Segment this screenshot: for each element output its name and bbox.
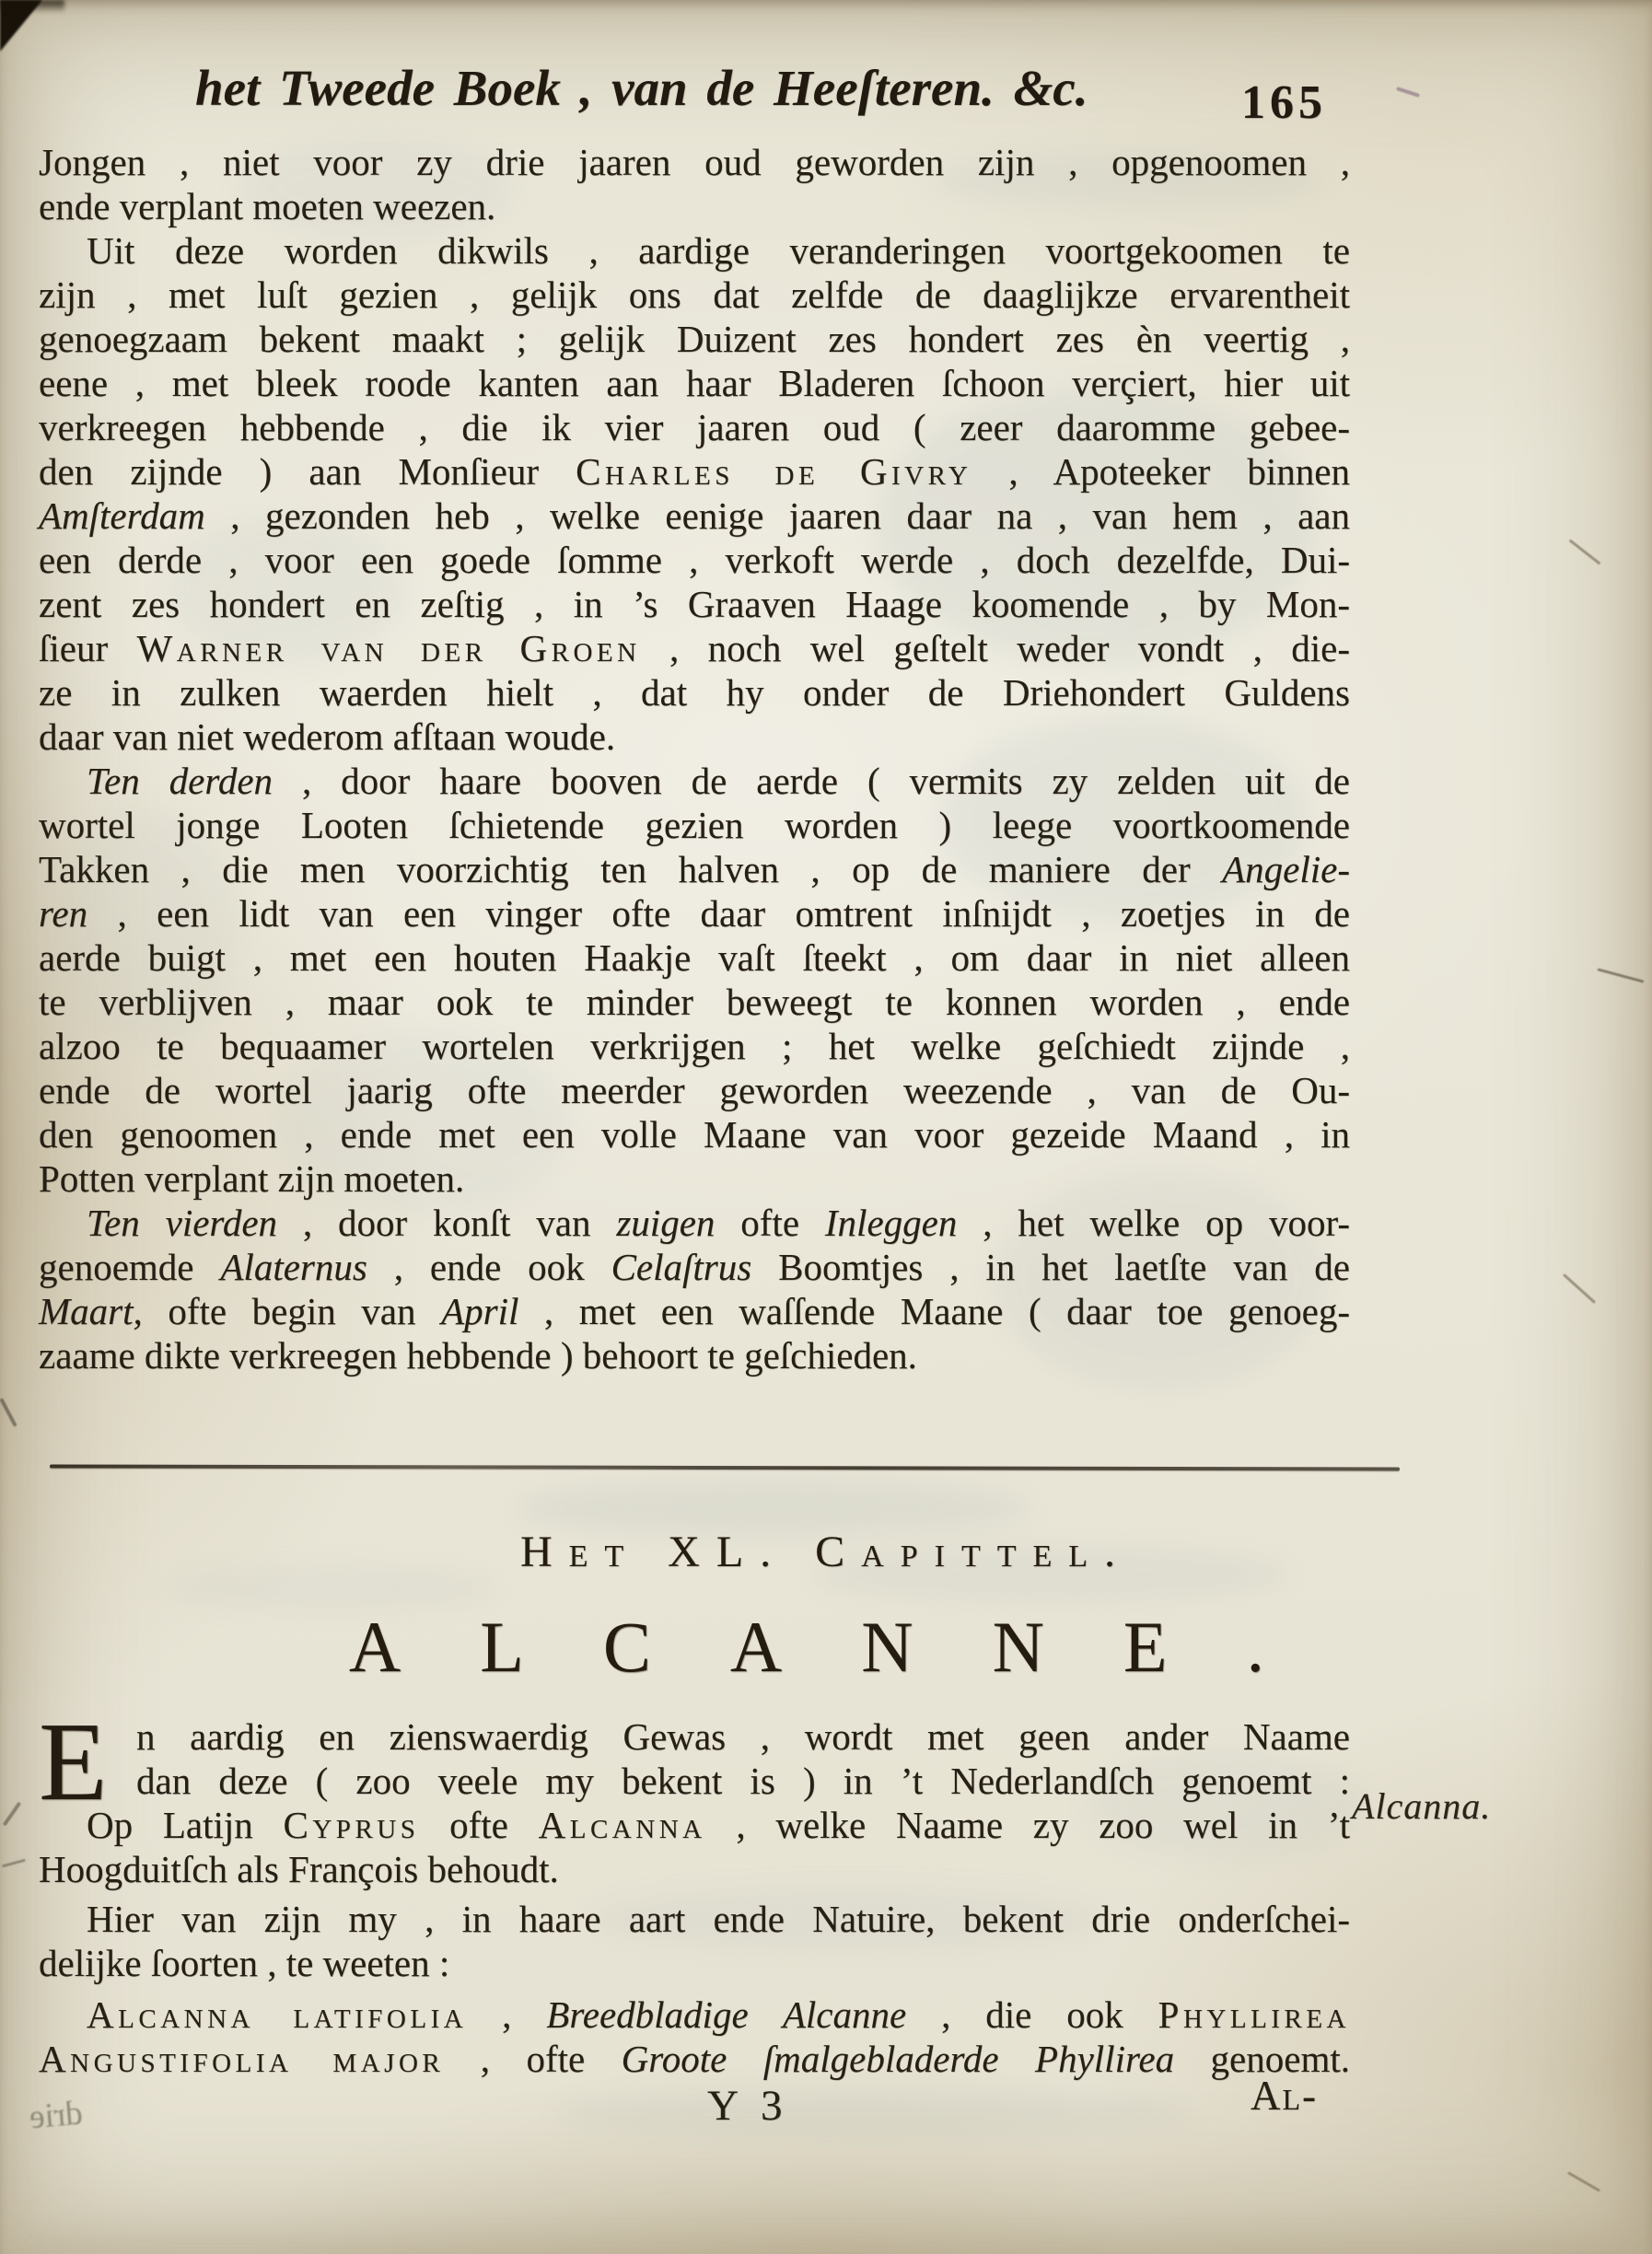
text-line: verkreegen hebbende , die ik vier jaaren… bbox=[39, 405, 1350, 449]
text-segment: Uit deze worden dikwils , aardige verand… bbox=[87, 229, 1350, 272]
italic-text: April bbox=[441, 1290, 518, 1332]
text-line: ren , een lidt van een vinger ofte daar … bbox=[39, 891, 1350, 935]
text-line: te verblijven , maar ook te minder bewee… bbox=[39, 980, 1350, 1024]
small-caps-text: Phyllirea bbox=[1158, 1993, 1350, 2036]
text-segment: te verblijven , maar ook te minder bewee… bbox=[39, 981, 1350, 1023]
text-segment: zaame dikte verkreegen hebbende ) behoor… bbox=[39, 1334, 917, 1377]
text-line: Uit deze worden dikwils , aardige verand… bbox=[39, 228, 1350, 273]
italic-text: ren bbox=[39, 892, 87, 935]
text-line: alzoo te bequaamer wortelen verkrijgen ;… bbox=[39, 1024, 1350, 1068]
text-segment: , door haare booven de aerde ( vermits z… bbox=[273, 760, 1350, 802]
scan-artifact bbox=[3, 1802, 21, 1827]
text-line: Amſterdam , gezonden heb , welke eenige … bbox=[39, 494, 1350, 538]
small-caps-text: Charles de Givry bbox=[576, 450, 971, 493]
italic-text: Inleggen bbox=[825, 1202, 957, 1244]
text-line: genoegzaam bekent maakt ; gelijk Duizent… bbox=[39, 317, 1350, 361]
text-segment: genoegzaam bekent maakt ; gelijk Duizent… bbox=[39, 318, 1350, 360]
text-line: dan deze ( zoo veele my bekent is ) in ’… bbox=[39, 1759, 1350, 1803]
text-segment: Potten verplant zijn moeten. bbox=[39, 1157, 464, 1200]
scan-artifact bbox=[2, 1859, 26, 1868]
scanned-book-page: het Tweede Boek , van de Heeſteren. &c. … bbox=[0, 0, 1652, 2254]
running-head: het Tweede Boek , van de Heeſteren. &c. bbox=[195, 59, 1088, 118]
text-segment: genoemde bbox=[39, 1246, 220, 1288]
small-caps-text: Warner van der Groen bbox=[137, 627, 641, 669]
text-line: ſieur Warner van der Groen , noch wel ge… bbox=[39, 626, 1350, 670]
text-segment: den zijnde ) aan Monſieur bbox=[39, 450, 576, 493]
text-line: Jongen , niet voor zy drie jaaren oud ge… bbox=[39, 140, 1350, 184]
text-segment: delijke ſoorten , te weeten : bbox=[39, 1942, 449, 1984]
chapter-lines: n aardig en zienswaerdig Gewas , wordt m… bbox=[39, 1714, 1350, 2081]
text-line: Maart, ofte begin van April , met een wa… bbox=[39, 1289, 1350, 1333]
text-line: Hoogduitſch als François behoudt. bbox=[39, 1847, 1350, 1891]
text-segment: alzoo te bequaamer wortelen verkrijgen ;… bbox=[39, 1025, 1350, 1067]
text-segment: n aardig en zienswaerdig Gewas , wordt m… bbox=[136, 1715, 1350, 1758]
text-line: den zijnde ) aan Monſieur Charles de Giv… bbox=[39, 449, 1350, 494]
text-segment: ſieur bbox=[39, 627, 137, 669]
text-line: zijn , met luſt gezien , gelijk ons dat … bbox=[39, 273, 1350, 317]
scan-artifact bbox=[0, 1398, 17, 1427]
text-segment: een derde , voor een goede ſomme , verko… bbox=[39, 539, 1350, 581]
italic-text: zuigen bbox=[616, 1202, 715, 1244]
text-segment: den genoomen , ende met een volle Maane … bbox=[39, 1113, 1350, 1156]
margin-note: Alcanna. bbox=[1352, 1784, 1491, 1828]
show-through-word: drie bbox=[28, 2094, 84, 2138]
text-segment: wortel jonge Looten ſchietende gezien wo… bbox=[39, 804, 1350, 846]
show-through-smudge bbox=[553, 2090, 1197, 2136]
text-line: wortel jonge Looten ſchietende gezien wo… bbox=[39, 803, 1350, 847]
text-segment: ze in zulken waerden hielt , dat hy onde… bbox=[39, 671, 1350, 714]
text-line: ende verplant moeten weezen. bbox=[39, 184, 1350, 228]
text-line: Op Latijn Cyprus ofte Alcanna , welke Na… bbox=[39, 1803, 1350, 1847]
page-number: 165 bbox=[1241, 76, 1327, 130]
text-line: ende de wortel jaarig ofte meerder gewor… bbox=[39, 1068, 1350, 1112]
text-line: n aardig en zienswaerdig Gewas , wordt m… bbox=[39, 1714, 1350, 1759]
text-line: een derde , voor een goede ſomme , verko… bbox=[39, 538, 1350, 582]
text-segment: , ende ook bbox=[367, 1246, 611, 1288]
text-segment: Boomtjes , in het laetſte van de bbox=[751, 1246, 1350, 1288]
small-caps-text: Angustifolia major bbox=[39, 2038, 444, 2080]
text-line: genoemde Alaternus , ende ook Celaſtrus … bbox=[39, 1245, 1350, 1289]
text-line: aerde buigt , met een houten Haakje vaſt… bbox=[39, 935, 1350, 980]
text-line: Takken , die men voorzichtig ten halven … bbox=[39, 847, 1350, 891]
text-segment: , noch wel geſtelt weder vondt , die- bbox=[641, 627, 1350, 669]
text-segment: , gezonden heb , welke eenige jaaren daa… bbox=[205, 494, 1350, 537]
italic-text: Angelie- bbox=[1222, 848, 1350, 890]
small-caps-text: Cyprus bbox=[284, 1804, 420, 1846]
italic-text: Breedbladige Alcanne bbox=[546, 1993, 906, 2036]
section-divider bbox=[50, 1464, 1400, 1470]
text-segment: , welke Naame zy zoo wel in ’t bbox=[706, 1804, 1350, 1846]
text-segment: , met een waſſende Maane ( daar toe geno… bbox=[518, 1290, 1350, 1332]
text-segment: Jongen , niet voor zy drie jaaren oud ge… bbox=[39, 141, 1350, 183]
text-segment: , die ook bbox=[906, 1993, 1158, 2036]
scan-edge-shadow bbox=[0, 0, 64, 13]
text-segment: ofte begin van bbox=[143, 1290, 441, 1332]
text-segment: Hoogduitſch als François behoudt. bbox=[39, 1848, 559, 1890]
text-segment: Takken , die men voorzichtig ten halven … bbox=[39, 848, 1222, 890]
text-segment: ende de wortel jaarig ofte meerder gewor… bbox=[39, 1069, 1350, 1111]
scan-artifact bbox=[1567, 2171, 1600, 2192]
scan-artifact bbox=[1597, 968, 1644, 982]
text-segment: , een lidt van een vinger ofte daar omtr… bbox=[87, 892, 1350, 935]
text-segment: , Apoteeker binnen bbox=[971, 450, 1350, 493]
text-segment: , bbox=[467, 1993, 546, 2036]
text-line: daar van niet wederom afſtaan woude. bbox=[39, 715, 1350, 759]
scan-artifact bbox=[1569, 539, 1601, 564]
chapter-text: E n aardig en zienswaerdig Gewas , wordt… bbox=[39, 1714, 1350, 2081]
text-segment: eene , met bleek roode kanten aan haar B… bbox=[39, 362, 1350, 404]
text-segment: Op Latijn bbox=[87, 1804, 284, 1846]
text-segment: zijn , met luſt gezien , gelijk ons dat … bbox=[39, 273, 1350, 316]
italic-text: Ten derden bbox=[87, 760, 273, 802]
body-text: Jongen , niet voor zy drie jaaren oud ge… bbox=[39, 140, 1350, 1377]
text-segment: ofte bbox=[419, 1804, 538, 1846]
italic-text: Groote ſmalgebladerde Phyllirea bbox=[622, 2038, 1174, 2080]
text-segment: , het welke op voor- bbox=[957, 1202, 1350, 1244]
scan-artifact bbox=[1563, 1273, 1596, 1304]
chapter-title: ALCANNE. bbox=[0, 1606, 1652, 1689]
text-segment: , door konſt van bbox=[277, 1202, 616, 1244]
text-line: den genoomen , ende met een volle Maane … bbox=[39, 1112, 1350, 1156]
text-segment: , ofte bbox=[444, 2038, 621, 2080]
text-line: zent zes hondert en zeſtig , in ’s Graav… bbox=[39, 582, 1350, 626]
text-line: Potten verplant zijn moeten. bbox=[39, 1156, 1350, 1201]
drop-cap: E bbox=[39, 1720, 108, 1805]
italic-text: Ten vierden bbox=[87, 1202, 277, 1244]
text-line: Ten vierden , door konſt van zuigen ofte… bbox=[39, 1201, 1350, 1245]
catchword: Al- bbox=[1251, 2072, 1318, 2120]
italic-text: Maart, bbox=[39, 1290, 143, 1332]
text-segment: dan deze ( zoo veele my bekent is ) in ’… bbox=[136, 1760, 1350, 1802]
text-line: ze in zulken waerden hielt , dat hy onde… bbox=[39, 670, 1350, 715]
text-line: zaame dikte verkreegen hebbende ) behoor… bbox=[39, 1333, 1350, 1377]
text-line: Hier van zijn my , in haare aart ende Na… bbox=[39, 1897, 1350, 1941]
small-caps-text: Alcanna latifolia bbox=[87, 1993, 467, 2036]
chapter-heading: Het XL. Capittel. bbox=[0, 1527, 1652, 1577]
scan-artifact bbox=[1396, 87, 1420, 98]
text-line: Ten derden , door haare booven de aerde … bbox=[39, 759, 1350, 803]
small-caps-text: Alcanna bbox=[539, 1804, 706, 1846]
italic-text: Alaternus bbox=[220, 1246, 366, 1288]
text-line: Angustifolia major , ofte Groote ſmalgeb… bbox=[39, 2037, 1350, 2081]
text-line: eene , met bleek roode kanten aan haar B… bbox=[39, 361, 1350, 405]
text-segment: ende verplant moeten weezen. bbox=[39, 185, 495, 227]
signature-mark: Y 3 bbox=[707, 2081, 782, 2131]
text-segment: aerde buigt , met een houten Haakje vaſt… bbox=[39, 936, 1350, 979]
text-line: delijke ſoorten , te weeten : bbox=[39, 1941, 1350, 1985]
text-segment: zent zes hondert en zeſtig , in ’s Graav… bbox=[39, 583, 1350, 625]
text-segment: verkreegen hebbende , die ik vier jaaren… bbox=[39, 406, 1350, 448]
italic-text: Amſterdam bbox=[39, 494, 205, 537]
text-segment: Hier van zijn my , in haare aart ende Na… bbox=[87, 1898, 1350, 1940]
text-line: Alcanna latifolia , Breedbladige Alcanne… bbox=[39, 1993, 1350, 2037]
text-segment: daar van niet wederom afſtaan woude. bbox=[39, 715, 615, 758]
italic-text: Celaſtrus bbox=[611, 1246, 752, 1288]
text-segment: ofte bbox=[715, 1202, 825, 1244]
